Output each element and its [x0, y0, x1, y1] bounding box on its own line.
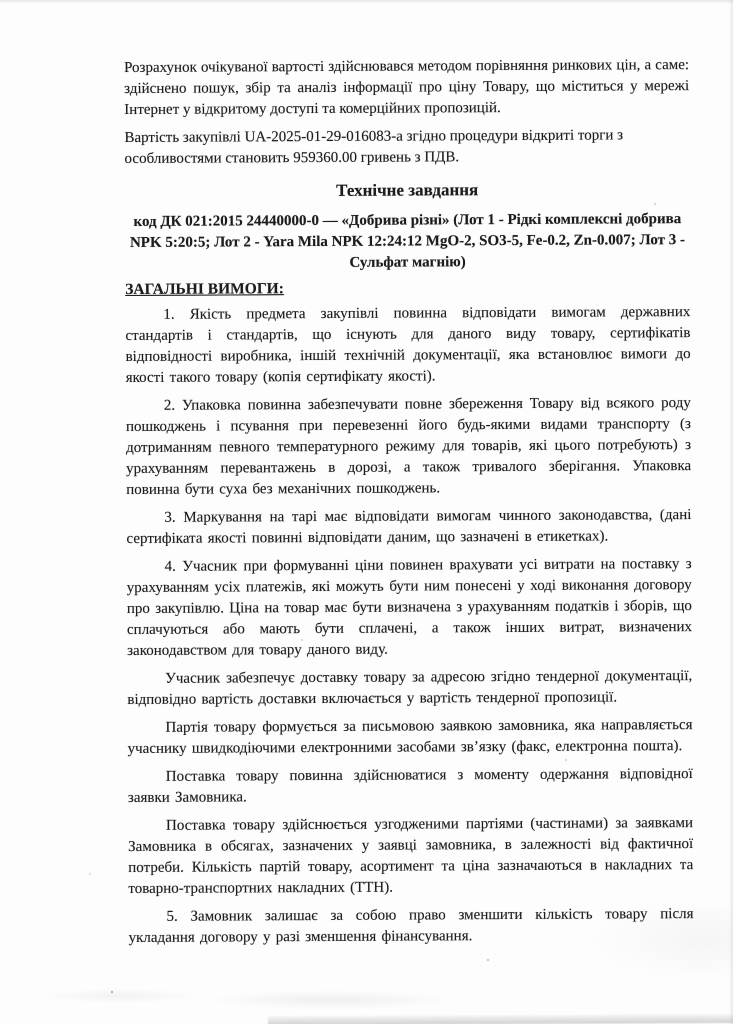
requirement-paragraph-6: Партія товару формується за письмовою за… — [127, 715, 692, 760]
document-content: Розрахунок очікуваної вартості здійснюва… — [124, 55, 694, 956]
requirement-paragraph-1: 1. Якість предмета закупівлі повинна від… — [125, 302, 690, 389]
section-heading: ЗАГАЛЬНІ ВИМОГИ: — [125, 276, 690, 300]
requirement-paragraph-9: 5. Замовник залишає за собою право зменш… — [128, 904, 693, 949]
requirement-paragraph-7: Поставка товару повинна здійснюватися з … — [128, 764, 693, 809]
scanned-page: Розрахунок очікуваної вартості здійснюва… — [0, 0, 733, 1024]
requirement-paragraph-4: 4. Учасник при формуванні ціни повинен в… — [127, 554, 693, 662]
scan-edge-shadow-right — [729, 0, 733, 1024]
intro-paragraph-1: Розрахунок очікуваної вартості здійснюва… — [124, 55, 689, 121]
requirement-paragraph-5: Учасник забезпечує доставку товару за ад… — [127, 666, 692, 711]
requirement-paragraph-2: 2. Упаковка повинна забезпечувати повне … — [126, 393, 692, 501]
requirement-paragraph-3: 3. Маркування на тарі має відповідати ви… — [126, 505, 691, 550]
scan-edge-shadow-bottom — [268, 1014, 733, 1024]
intro-paragraph-2: Вартість закупівлі UA-2025-01-29-016083-… — [124, 125, 689, 170]
lot-heading: код ДК 021:2015 24440000-0 — «Добрива рі… — [125, 209, 690, 275]
scan-edge-shadow-top — [0, 0, 733, 4]
document-title: Технічне завдання — [125, 177, 690, 204]
requirement-paragraph-8: Поставка товару здійснюється узгодженими… — [128, 813, 693, 900]
